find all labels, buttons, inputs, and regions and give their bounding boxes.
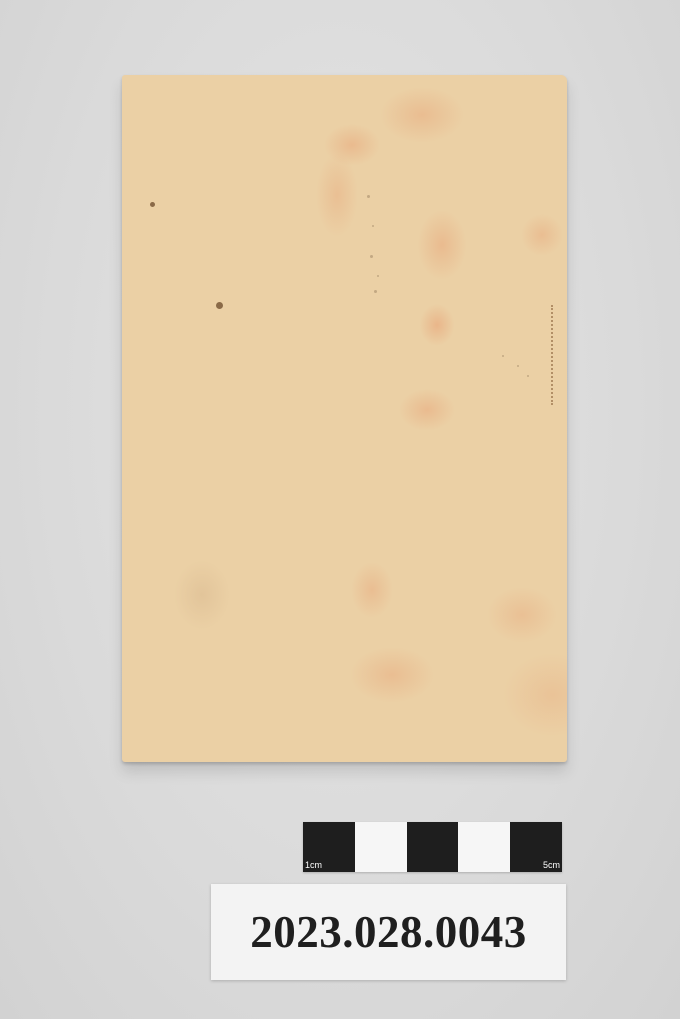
speckle bbox=[374, 290, 377, 293]
speckle bbox=[377, 275, 379, 277]
scale-segment: 5cm bbox=[510, 822, 562, 872]
speckle bbox=[527, 375, 529, 377]
speckle bbox=[502, 355, 504, 357]
scale-bar: 1cm 5cm bbox=[303, 822, 562, 872]
accession-number: 2023.028.0043 bbox=[250, 906, 527, 958]
scale-end-label: 5cm bbox=[543, 860, 560, 870]
scale-segment bbox=[458, 822, 510, 872]
stain-spot bbox=[216, 302, 223, 309]
scale-start-label: 1cm bbox=[305, 860, 322, 870]
scale-segment bbox=[407, 822, 459, 872]
edge-damage bbox=[551, 305, 567, 405]
scale-segment bbox=[355, 822, 407, 872]
scale-segment: 1cm bbox=[303, 822, 355, 872]
speckle bbox=[517, 365, 519, 367]
stain-spot bbox=[150, 202, 155, 207]
speckle bbox=[367, 195, 370, 198]
artifact-card-back bbox=[122, 75, 567, 762]
speckle bbox=[372, 225, 374, 227]
accession-label: 2023.028.0043 bbox=[211, 884, 566, 980]
speckle bbox=[370, 255, 373, 258]
